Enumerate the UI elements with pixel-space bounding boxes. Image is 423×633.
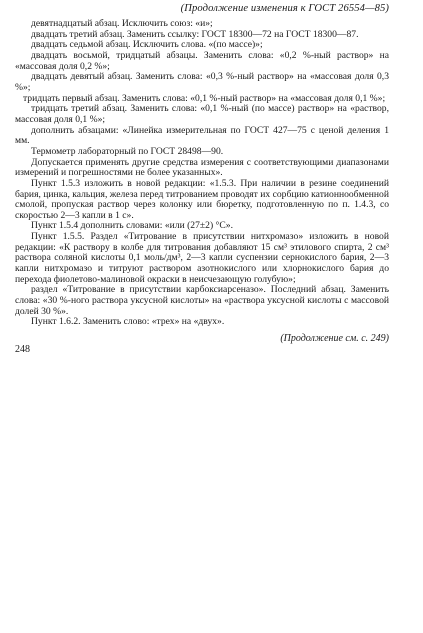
continuation-note: (Продолжение см. с. 249) [15, 333, 389, 345]
paragraph: двадцать девятый абзац. Заменить слова: … [15, 72, 389, 93]
running-head: (Продолжение изменения к ГОСТ 26554—85) [15, 3, 389, 15]
paragraph: Допускается применять другие средства из… [15, 158, 389, 179]
paragraph: Пункт 1.5.5. Раздел «Титрование в присут… [15, 232, 389, 285]
paragraph: дополнить абзацами: «Линейка измерительн… [15, 126, 389, 147]
paragraph: раздел «Титрование в присутствии карбокс… [15, 285, 389, 317]
paragraph: Термометр лабораторный по ГОСТ 28498—90. [15, 147, 389, 158]
paragraph: Пункт 1.6.2. Заменить слово: «трех» на «… [15, 317, 389, 328]
body-text: девятнадцатый абзац. Исключить союз: «и»… [15, 19, 389, 328]
paragraph: Пункт 1.5.3 изложить в новой редакции: «… [15, 179, 389, 222]
page-number: 248 [15, 344, 30, 355]
paragraph: двадцать восьмой, тридцатый абзацы. Заме… [15, 51, 389, 72]
document-page: (Продолжение изменения к ГОСТ 26554—85) … [15, 3, 389, 345]
paragraph: тридцать третий абзац. Заменить слова: «… [15, 104, 389, 125]
